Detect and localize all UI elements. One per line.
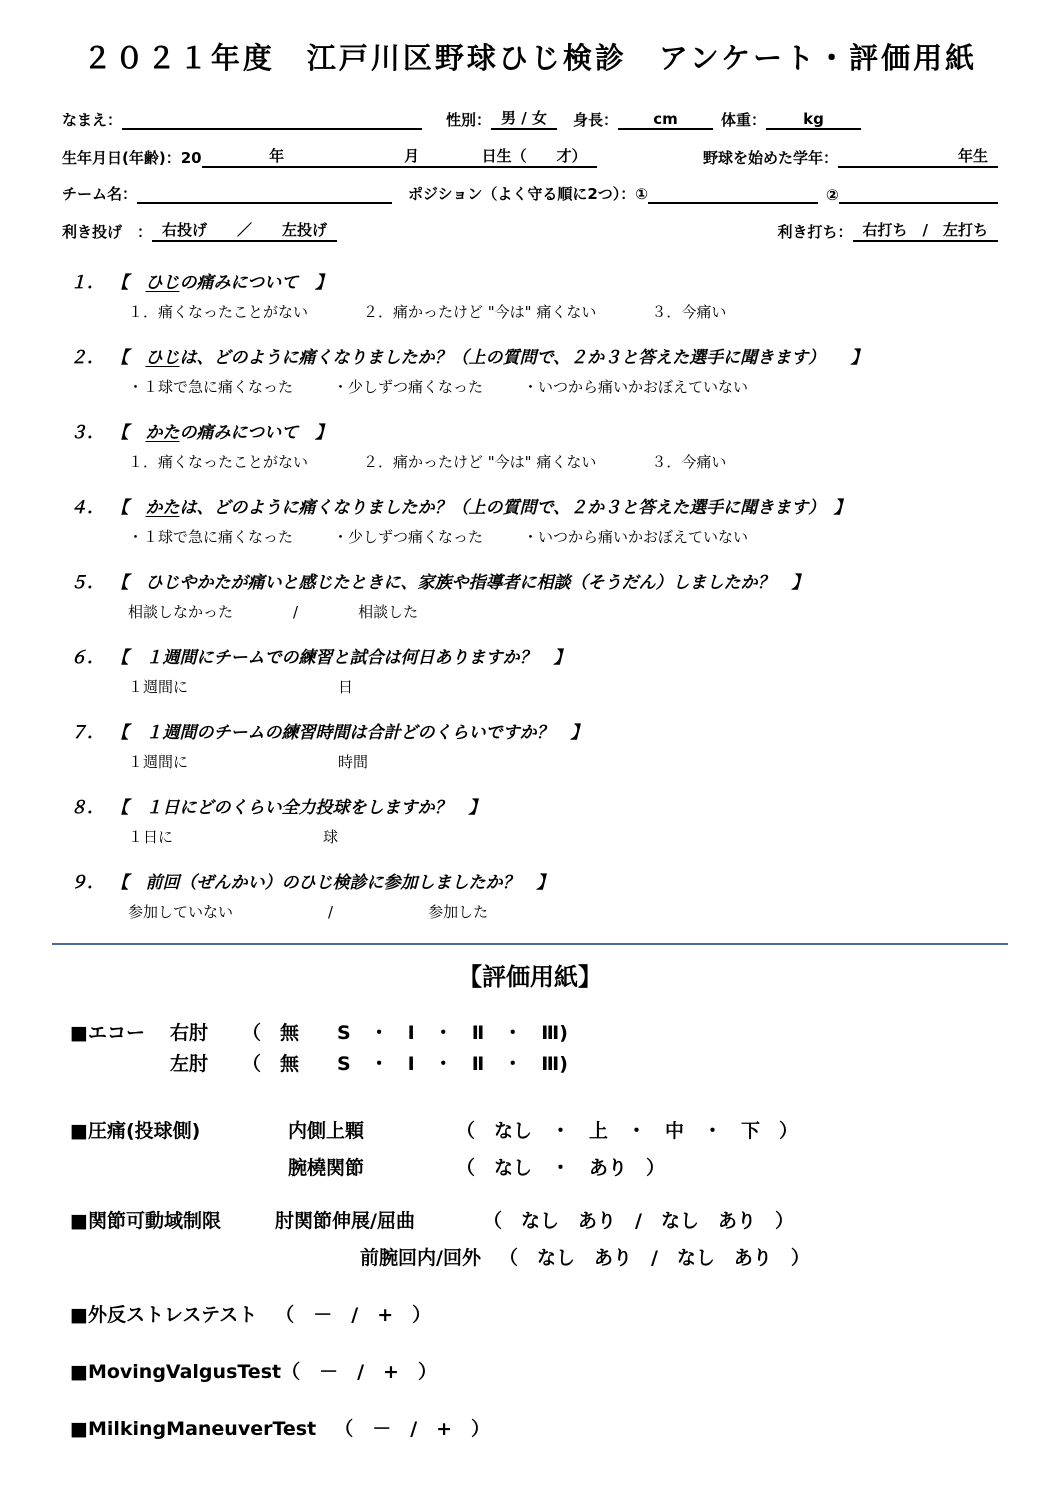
questionnaire-section: １．【 ひじの痛みについて 】 １．痛くなったことがない ２．痛かったけど "今… [62,268,998,922]
medial-epicondyle-label: 内側上顆 [288,1116,456,1143]
milking-maneuver-test-options[interactable]: （ － / + ） [334,1414,490,1441]
question-3: ３．【 かたの痛みについて 】 １．痛くなったことがない ２．痛かったけど "今… [70,418,998,472]
question-7-answer: １週間に 時間 [128,751,998,772]
evaluation-section: 【評価用紙】 ■エコー 右肘 （ 無 S ・ Ⅰ ・ Ⅱ ・ Ⅲ) 左肘 （ 無… [62,957,998,1441]
question-5: ５．【 ひじやかたが痛いと感じたときに、家族や指導者に相談（そうだん）しましたか… [70,568,998,622]
baseball-start-field[interactable] [838,148,948,168]
answer-option[interactable]: ・１球で急に痛くなった [128,526,293,547]
answer-unit[interactable]: 球 [323,826,338,847]
tenderness-label: ■圧痛(投球側) [70,1116,288,1143]
answer-option[interactable]: １．痛くなったことがない [128,451,308,472]
profile-row-handedness: 利き投げ ： 右投げ ／ 左投げ 利き打ち： 右打ち / 左打ち [62,219,998,242]
team-name-label: チーム名： [62,183,137,204]
answer-option[interactable]: ・少しずつ痛くなった [333,526,483,547]
birth-month-field[interactable]: 月 [352,145,472,168]
milking-maneuver-test-row: ■MilkingManeuverTest （ － / + ） [70,1414,998,1441]
valgus-stress-test-options[interactable]: （ － / + ） [275,1300,431,1327]
question-2-title: ２．【 ひじは、どのように痛くなりましたか？（上の質問で、２か３と答えた選手に聞… [70,343,998,368]
answer-option[interactable]: ３．今痛い [651,301,726,322]
gender-label: 性別： [446,109,491,130]
forearm-pronation-supination-options[interactable]: （ なし あり / なし あり ） [499,1243,810,1270]
team-name-field[interactable] [137,184,392,204]
name-field[interactable] [122,110,422,130]
moving-valgus-test-row: ■MovingValgusTest （ － / + ） [70,1357,998,1384]
underlined-keyword: ひじ [146,273,180,293]
profile-row-birth: 生年月日(年齢)：20 年 月 日生（ 才） 野球を始めた学年： 年生 [62,145,998,168]
echo-right-row: ■エコー 右肘 （ 無 S ・ Ⅰ ・ Ⅱ ・ Ⅲ) [70,1018,998,1045]
option-separator-slash: / [293,603,298,621]
baseball-start-label: 野球を始めた学年： [703,147,838,168]
answer-option[interactable]: １．痛くなったことがない [128,301,308,322]
answer-prefix: １日に [128,826,173,847]
radiocapitellar-joint-options[interactable]: （ なし ・ あり ） [456,1153,665,1180]
underlined-keyword: かた [146,498,180,518]
question-number: ６． [70,648,104,668]
underlined-keyword: かた [146,423,180,443]
answer-prefix: １週間に [128,751,188,772]
answer-prefix: １週間に [128,676,188,697]
birth-day-field[interactable]: 日生（ 才） [472,145,597,168]
answer-unit[interactable]: 日 [338,676,353,697]
position-1-field[interactable] [648,184,818,204]
batting-hand-options[interactable]: 右打ち / 左打ち [853,219,998,242]
profile-row-name: なまえ： 性別： 男 / 女 身長： cm 体重： kg [62,107,998,130]
question-5-options: 相談しなかった / 相談した [128,601,998,622]
question-8-answer: １日に 球 [128,826,998,847]
profile-fields: なまえ： 性別： 男 / 女 身長： cm 体重： kg 生年月日(年齢)：20… [62,107,998,242]
name-label: なまえ： [62,109,122,130]
questionnaire-page: ２０２１年度 江戸川区野球ひじ検診 アンケート・評価用紙 なまえ： 性別： 男 … [0,0,1058,1441]
rom-limitation-label: ■関節可動域制限 [70,1206,275,1233]
underlined-keyword: ひじ [146,348,180,368]
echo-right-scale[interactable]: （ 無 S ・ Ⅰ ・ Ⅱ ・ Ⅲ) [242,1018,568,1045]
question-1-title: １．【 ひじの痛みについて 】 [70,268,998,293]
question-6-title: ６．【 １週間にチームでの練習と試合は何日ありますか？ 】 [70,643,998,668]
answer-option[interactable]: ２．痛かったけど "今は" 痛くない [363,301,596,322]
question-number: ７． [70,723,104,743]
moving-valgus-test-options[interactable]: （ － / + ） [281,1357,437,1384]
question-3-options: １．痛くなったことがない ２．痛かったけど "今は" 痛くない ３．今痛い [128,451,998,472]
birth-year-field[interactable]: 年 [202,145,352,168]
question-number: ８． [70,798,104,818]
echo-left-row: 左肘 （ 無 S ・ Ⅰ ・ Ⅱ ・ Ⅲ) [70,1049,998,1076]
answer-option[interactable]: 相談した [358,601,418,622]
weight-label: 体重： [721,109,766,130]
question-3-title: ３．【 かたの痛みについて 】 [70,418,998,443]
tenderness-row-2: 腕橈関節 （ なし ・ あり ） [70,1153,998,1180]
question-4: ４．【 かたは、どのように痛くなりましたか？（上の質問で、２か３と答えた選手に聞… [70,493,998,547]
question-9-options: 参加していない / 参加した [128,901,998,922]
valgus-stress-test-row: ■外反ストレステスト （ － / + ） [70,1300,998,1327]
weight-field[interactable]: kg [766,110,861,130]
medial-epicondyle-options[interactable]: （ なし ・ 上 ・ 中 ・ 下 ） [456,1116,798,1143]
question-7: ７．【 １週間のチームの練習時間は合計どのくらいですか？ 】 １週間に 時間 [70,718,998,772]
question-number: ４． [70,498,104,518]
evaluation-heading: 【評価用紙】 [62,957,998,992]
answer-option[interactable]: ２．痛かったけど "今は" 痛くない [363,451,596,472]
height-label: 身長： [573,109,618,130]
profile-row-team: チーム名： ポジション（よく守る順に2つ）：① ② [62,183,998,204]
question-number: ２． [70,348,104,368]
elbow-extension-flexion-label: 肘関節伸展/屈曲 [275,1206,483,1233]
birthdate-label: 生年月日(年齢)：20 [62,147,202,168]
question-2: ２．【 ひじは、どのように痛くなりましたか？（上の質問で、２か３と答えた選手に聞… [70,343,998,397]
rom-row-1: ■関節可動域制限 肘関節伸展/屈曲 （ なし あり / なし あり ） [70,1206,998,1233]
section-divider [52,943,1008,945]
echo-left-elbow-label: 左肘 [170,1049,242,1076]
question-8: ８．【 １日にどのくらい全力投球をしますか？ 】 １日に 球 [70,793,998,847]
question-2-options: ・１球で急に痛くなった ・少しずつ痛くなった ・いつから痛いかおぼえていない [128,376,998,397]
question-1-options: １．痛くなったことがない ２．痛かったけど "今は" 痛くない ３．今痛い [128,301,998,322]
page-title: ２０２１年度 江戸川区野球ひじ検診 アンケート・評価用紙 [62,36,998,77]
position-2-mark: ② [826,186,839,204]
echo-label: ■エコー [70,1018,170,1045]
question-6: ６．【 １週間にチームでの練習と試合は何日ありますか？ 】 １週間に 日 [70,643,998,697]
question-number: ３． [70,423,104,443]
question-9: ９．【 前回（ぜんかい）のひじ検診に参加しましたか？ 】 参加していない / 参… [70,868,998,922]
answer-option[interactable]: 参加していない [128,901,233,922]
answer-option[interactable]: ・１球で急に痛くなった [128,376,293,397]
moving-valgus-test-label: ■MovingValgusTest [70,1361,281,1383]
answer-option[interactable]: 相談しなかった [128,601,233,622]
echo-left-scale[interactable]: （ 無 S ・ Ⅰ ・ Ⅱ ・ Ⅲ) [242,1049,568,1076]
answer-unit[interactable]: 時間 [338,751,368,772]
tenderness-row-1: ■圧痛(投球側) 内側上顆 （ なし ・ 上 ・ 中 ・ 下 ） [70,1116,998,1143]
elbow-extension-flexion-options[interactable]: （ なし あり / なし あり ） [483,1206,794,1233]
gender-options[interactable]: 男 / 女 [491,107,557,130]
throwing-hand-options[interactable]: 右投げ ／ 左投げ [152,219,337,242]
question-5-title: ５．【 ひじやかたが痛いと感じたときに、家族や指導者に相談（そうだん）しましたか… [70,568,998,593]
forearm-pronation-supination-label: 前腕回内/回外 [360,1243,481,1270]
echo-right-elbow-label: 右肘 [170,1018,242,1045]
question-8-title: ８．【 １日にどのくらい全力投球をしますか？ 】 [70,793,998,818]
option-separator-slash: / [328,903,333,921]
answer-option[interactable]: ・少しずつ痛くなった [333,376,483,397]
milking-maneuver-test-label: ■MilkingManeuverTest [70,1418,316,1440]
question-6-answer: １週間に 日 [128,676,998,697]
question-number: １． [70,273,104,293]
rom-row-2: 前腕回内/回外 （ なし あり / なし あり ） [70,1243,998,1270]
answer-option[interactable]: 参加した [428,901,488,922]
height-field[interactable]: cm [618,110,713,130]
radiocapitellar-joint-label: 腕橈関節 [288,1153,456,1180]
position-label: ポジション（よく守る順に2つ）：① [408,183,648,204]
question-1: １．【 ひじの痛みについて 】 １．痛くなったことがない ２．痛かったけど "今… [70,268,998,322]
batting-hand-label: 利き打ち： [778,221,853,242]
position-2-field[interactable] [839,184,998,204]
answer-option[interactable]: ・いつから痛いかおぼえていない [523,526,748,547]
question-number: ９． [70,873,104,893]
question-4-title: ４．【 かたは、どのように痛くなりましたか？（上の質問で、２か３と答えた選手に聞… [70,493,998,518]
baseball-start-unit: 年生 [948,145,998,168]
question-7-title: ７．【 １週間のチームの練習時間は合計どのくらいですか？ 】 [70,718,998,743]
question-number: ５． [70,573,104,593]
question-9-title: ９．【 前回（ぜんかい）のひじ検診に参加しましたか？ 】 [70,868,998,893]
throwing-hand-label: 利き投げ ： [62,221,152,242]
answer-option[interactable]: ３．今痛い [651,451,726,472]
valgus-stress-test-label: ■外反ストレステスト [70,1300,257,1327]
question-4-options: ・１球で急に痛くなった ・少しずつ痛くなった ・いつから痛いかおぼえていない [128,526,998,547]
answer-option[interactable]: ・いつから痛いかおぼえていない [523,376,748,397]
